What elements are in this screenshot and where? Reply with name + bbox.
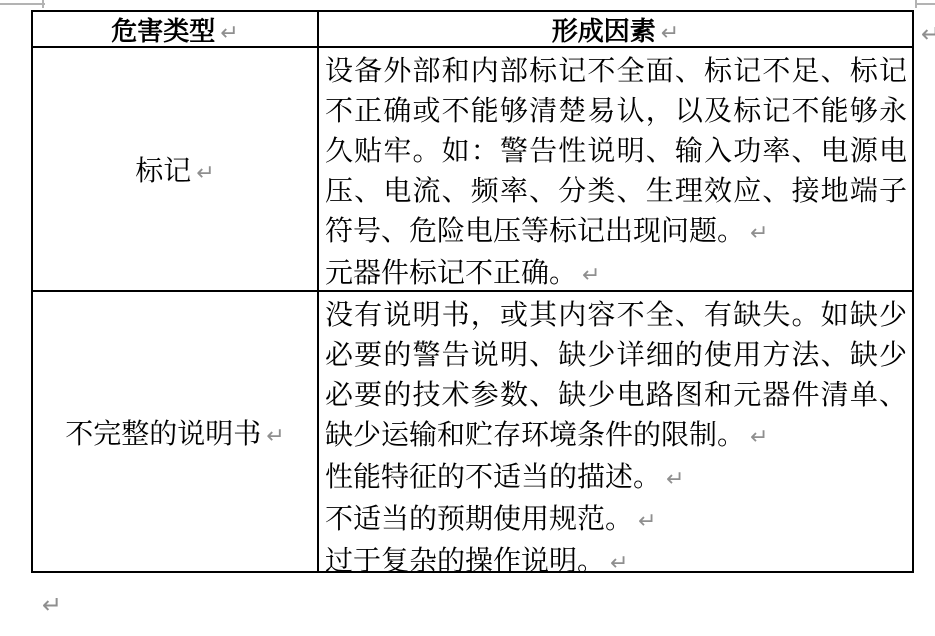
margin-boundary-top-left-icon	[42, 0, 44, 8]
header-cell-forming-factors[interactable]: 形成因素↵	[319, 12, 912, 46]
paragraph-return-icon: ↵	[220, 20, 238, 45]
paragraph-return-icon: ↵	[666, 466, 684, 491]
header-cell-hazard-type[interactable]: 危害类型↵	[33, 12, 319, 46]
paragraph-return-icon: ↵	[610, 550, 628, 571]
paragraph-return-icon[interactable]: ↵	[42, 591, 62, 620]
factor-paragraph: 不适当的预期使用规范。↵	[325, 499, 907, 541]
paragraph-return-icon: ↵	[750, 424, 768, 449]
hazard-type-incomplete-manual-label: 不完整的说明书↵	[65, 412, 284, 452]
margin-boundary-top-left-icon	[0, 3, 45, 5]
table-header-row: 危害类型↵ 形成因素↵	[33, 12, 912, 48]
cell-factors-incomplete-manual[interactable]: 没有说明书，或其内容不全、有缺失。如缺少必要的警告说明、缺少详细的使用方法、缺少…	[319, 292, 912, 571]
cell-type-marking[interactable]: 标记↵	[33, 48, 319, 290]
factor-paragraph: 没有说明书，或其内容不全、有缺失。如缺少必要的警告说明、缺少详细的使用方法、缺少…	[325, 295, 907, 457]
cell-factors-marking[interactable]: 设备外部和内部标记不全面、标记不足、标记不正确或不能够清楚易认，以及标记不能够永…	[319, 48, 912, 290]
margin-boundary-top-right-icon	[916, 3, 935, 5]
cell-type-incomplete-manual[interactable]: 不完整的说明书↵	[33, 292, 319, 571]
document-page: 危害类型↵ 形成因素↵ 标记↵ 设备外部和内部标记不全面、标记不足、标记不正确或…	[0, 0, 935, 636]
paragraph-return-icon: ↵	[750, 220, 768, 245]
paragraph-return-icon: ↵	[196, 160, 214, 185]
paragraph-return-icon: ↵	[266, 423, 284, 448]
hazard-type-marking-label: 标记↵	[135, 149, 214, 189]
table-row-marking: 标记↵ 设备外部和内部标记不全面、标记不足、标记不正确或不能够清楚易认，以及标记…	[33, 48, 912, 292]
paragraph-return-icon: ↵	[638, 508, 656, 533]
end-of-row-mark-icon: ↵	[921, 20, 935, 49]
margin-boundary-top-right-icon	[915, 0, 917, 8]
paragraph-return-icon: ↵	[661, 20, 679, 45]
table-row-incomplete-manual: 不完整的说明书↵ 没有说明书，或其内容不全、有缺失。如缺少必要的警告说明、缺少详…	[33, 292, 912, 571]
header-forming-factors-label: 形成因素↵	[552, 12, 679, 46]
factor-paragraph: 过于复杂的操作说明。↵	[325, 541, 907, 571]
factor-paragraph: 元器件标记不正确。↵	[325, 253, 907, 290]
hazard-table: 危害类型↵ 形成因素↵ 标记↵ 设备外部和内部标记不全面、标记不足、标记不正确或…	[31, 10, 914, 573]
paragraph-return-icon: ↵	[582, 262, 600, 287]
factor-paragraph: 设备外部和内部标记不全面、标记不足、标记不正确或不能够清楚易认，以及标记不能够永…	[325, 51, 907, 253]
header-hazard-type-label: 危害类型↵	[111, 12, 238, 46]
factor-paragraph: 性能特征的不适当的描述。↵	[325, 457, 907, 499]
